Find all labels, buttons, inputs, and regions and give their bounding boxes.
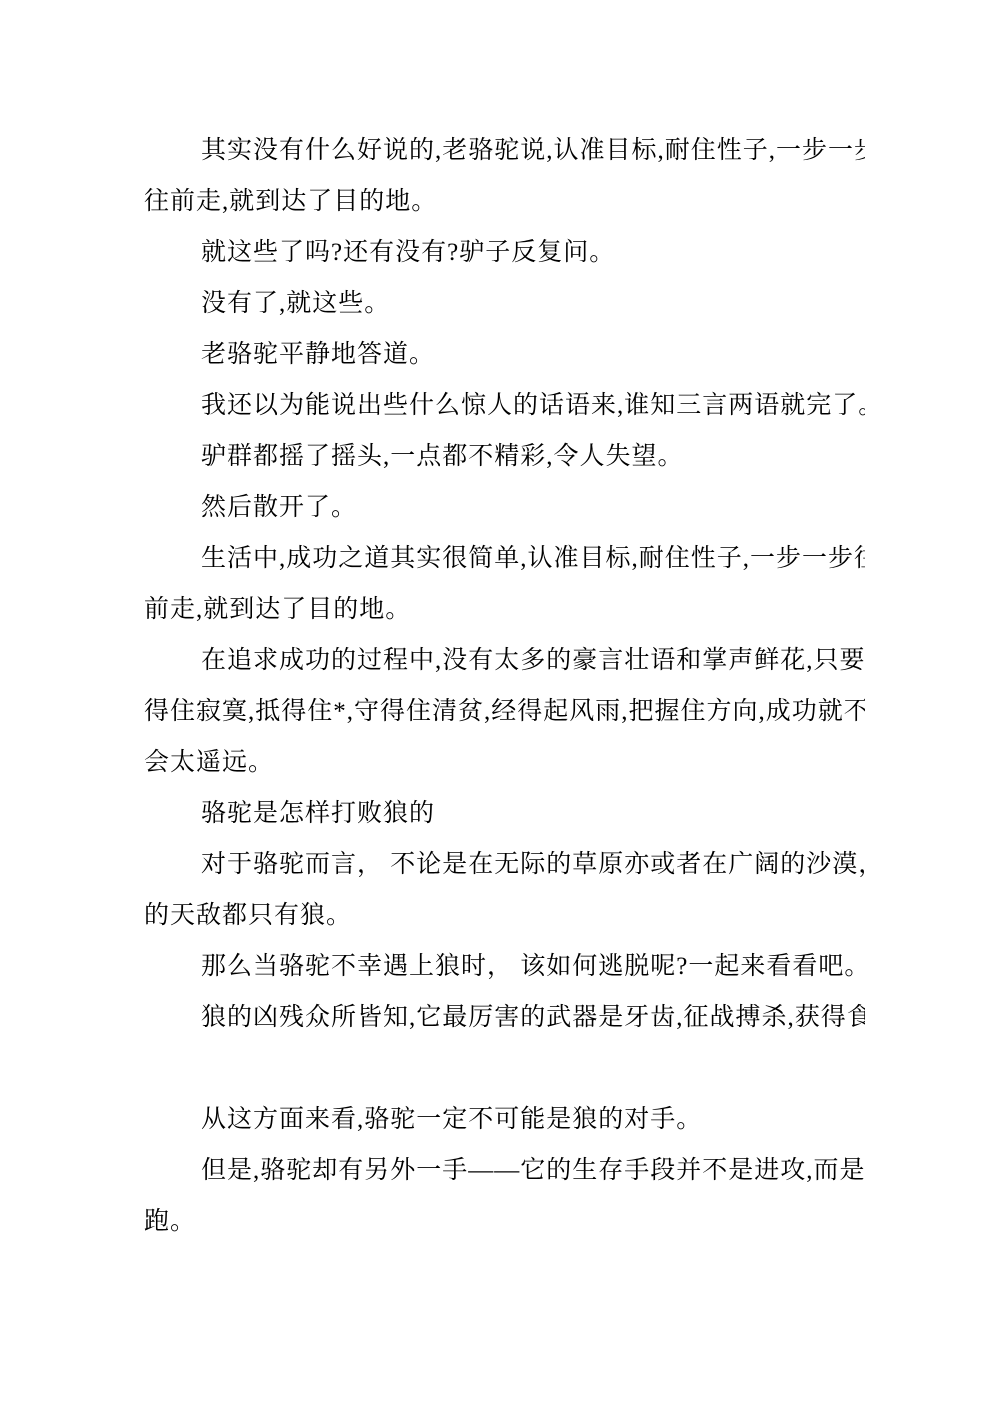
text-line: 就这些了吗?还有没有?驴子反复问。 bbox=[144, 227, 865, 278]
text-line: 狼的凶残众所皆知,它最厉害的武器是牙齿,征战搏杀,获得食物。 bbox=[144, 992, 865, 1043]
text-line: 往前走,就到达了目的地。 bbox=[144, 176, 865, 227]
paragraph: 骆驼是怎样打败狼的 bbox=[144, 788, 865, 839]
paragraph: 驴群都摇了摇头,一点都不精彩,令人失望。 bbox=[144, 431, 865, 482]
text-line: 跑。 bbox=[144, 1196, 865, 1247]
text-line: 对于骆驼而言， 不论是在无际的草原亦或者在广阔的沙漠， 它 bbox=[144, 839, 865, 890]
paragraph: 对于骆驼而言， 不论是在无际的草原亦或者在广阔的沙漠， 它的天敌都只有狼。 bbox=[144, 839, 865, 941]
document-body: 其实没有什么好说的,老骆驼说,认准目标,耐住性子,一步一步往前走,就到达了目的地… bbox=[0, 0, 993, 1247]
text-line: 老骆驼平静地答道。 bbox=[144, 329, 865, 380]
paragraph: 然后散开了。 bbox=[144, 482, 865, 533]
text-line: 骆驼是怎样打败狼的 bbox=[144, 788, 865, 839]
text-line: 没有了,就这些。 bbox=[144, 278, 865, 329]
text-line: 的天敌都只有狼。 bbox=[144, 890, 865, 941]
paragraph: 在追求成功的过程中,没有太多的豪言壮语和掌声鲜花,只要耐得住寂寞,抵得住*,守得… bbox=[144, 635, 865, 788]
paragraph: 那么当骆驼不幸遇上狼时， 该如何逃脱呢?一起来看看吧。 bbox=[144, 941, 865, 992]
text-line: 然后散开了。 bbox=[144, 482, 865, 533]
paragraph: 但是,骆驼却有另外一手——它的生存手段并不是进攻,而是逃跑。 bbox=[144, 1145, 865, 1247]
paragraph: 从这方面来看,骆驼一定不可能是狼的对手。 bbox=[144, 1094, 865, 1145]
paragraph bbox=[144, 1043, 865, 1094]
text-line: 会太遥远。 bbox=[144, 737, 865, 788]
paragraph: 没有了,就这些。 bbox=[144, 278, 865, 329]
text-line bbox=[144, 1043, 865, 1094]
text-line: 得住寂寞,抵得住*,守得住清贫,经得起风雨,把握住方向,成功就不 bbox=[144, 686, 865, 737]
paragraph: 狼的凶残众所皆知,它最厉害的武器是牙齿,征战搏杀,获得食物。 bbox=[144, 992, 865, 1043]
text-line: 前走,就到达了目的地。 bbox=[144, 584, 865, 635]
paragraph: 就这些了吗?还有没有?驴子反复问。 bbox=[144, 227, 865, 278]
paragraph: 老骆驼平静地答道。 bbox=[144, 329, 865, 380]
text-line: 生活中,成功之道其实很简单,认准目标,耐住性子,一步一步往 bbox=[144, 533, 865, 584]
text-line: 从这方面来看,骆驼一定不可能是狼的对手。 bbox=[144, 1094, 865, 1145]
paragraph: 其实没有什么好说的,老骆驼说,认准目标,耐住性子,一步一步往前走,就到达了目的地… bbox=[144, 125, 865, 227]
text-line: 在追求成功的过程中,没有太多的豪言壮语和掌声鲜花,只要耐 bbox=[144, 635, 865, 686]
text-line: 其实没有什么好说的,老骆驼说,认准目标,耐住性子,一步一步 bbox=[144, 125, 865, 176]
text-line: 那么当骆驼不幸遇上狼时， 该如何逃脱呢?一起来看看吧。 bbox=[144, 941, 865, 992]
text-line: 我还以为能说出些什么惊人的话语来,谁知三言两语就完了。 bbox=[144, 380, 865, 431]
document-page: 其实没有什么好说的,老骆驼说,认准目标,耐住性子,一步一步往前走,就到达了目的地… bbox=[0, 0, 993, 1404]
paragraph: 我还以为能说出些什么惊人的话语来,谁知三言两语就完了。 bbox=[144, 380, 865, 431]
text-line: 驴群都摇了摇头,一点都不精彩,令人失望。 bbox=[144, 431, 865, 482]
text-line: 但是,骆驼却有另外一手——它的生存手段并不是进攻,而是逃 bbox=[144, 1145, 865, 1196]
paragraph: 生活中,成功之道其实很简单,认准目标,耐住性子,一步一步往前走,就到达了目的地。 bbox=[144, 533, 865, 635]
